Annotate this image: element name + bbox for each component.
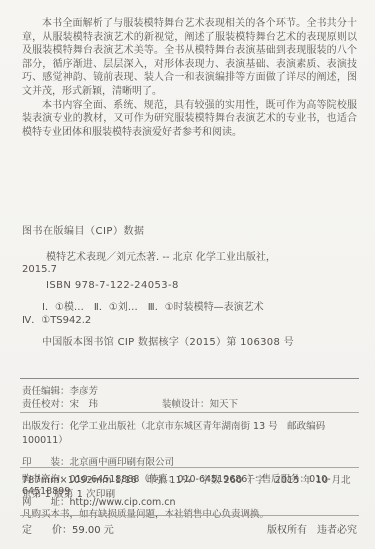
price-label: 定 价：59.00 元 [22,521,114,536]
divider-publishing-bottom [20,467,359,468]
editor-row: 责任编辑：李彦芳 [22,385,357,398]
responsible-proofreader: 责任校对：宋 玮 [22,398,162,411]
cip-record-number: 中国版本图书馆 CIP 数据核字（2015）第 106308 号 [22,337,357,350]
cip-classification-line-1: Ⅰ．①模… Ⅱ．①刘… Ⅲ．①时装模特—表演艺术 [22,302,357,315]
cip-year-line: 2015.7 [22,264,357,277]
cip-isbn: ISBN 978-7-122-24053-8 [22,280,357,293]
service-info: 购书咨询：010-64518888（传真：010-64519686） 售后服务：… [22,474,357,520]
divider-top [20,378,359,379]
divider-footer [20,515,359,516]
intro-paragraph-1: 本书全面解析了与服装模特舞台艺术表现相关的各个环节。全书共分十章，从服装模特表演… [22,17,357,99]
cip-title-line: 模特艺术表现／刘元杰著. -- 北京 化学工业出版社， [22,252,357,265]
responsible-editor: 责任编辑：李彦芳 [22,385,98,398]
staff-credits: 责任编辑：李彦芳 责任校对：宋 玮 装帧设计：知天下 [22,385,357,411]
cover-designer: 装帧设计：知天下 [162,398,238,411]
purchase-hotline-line: 购书咨询：010-64518888（传真：010-64519686） 售后服务：… [22,474,357,497]
divider-staff-bottom [20,412,359,413]
cip-data-block: 图书在版编目（CIP）数据 模特艺术表现／刘元杰著. -- 北京 化学工业出版社… [22,226,357,350]
copyright-page: 本书全面解析了与服装模特舞台艺术表现相关的各个环节。全书共分十章，从服装模特表演… [0,0,375,549]
website-line: 网 址：http://www.cip.com.cn [22,497,357,509]
proofreader-designer-row: 责任校对：宋 玮 装帧设计：知天下 [22,398,357,411]
cip-classification-line-2: Ⅳ．①TS942.2 [22,315,357,328]
cip-heading: 图书在版编目（CIP）数据 [22,226,357,239]
publisher-line: 出版发行：化学工业出版社（北京市东城区青年湖南街 13 号 邮政编码 10001… [22,418,357,446]
page-footer: 定 价：59.00 元 版权所有 违者必究 [22,521,357,536]
printer-line: 印 装：北京画中画印刷有限公司 [22,454,357,468]
intro-paragraph-2: 本书内容全面、系统、规范，具有较强的实用性，既可作为高等院校服装表演专业的教材，… [22,99,357,140]
book-intro: 本书全面解析了与服装模特舞台艺术表现相关的各个环节。全书共分十章，从服装模特表演… [22,17,357,139]
copyright-notice: 版权所有 违者必究 [267,521,357,536]
